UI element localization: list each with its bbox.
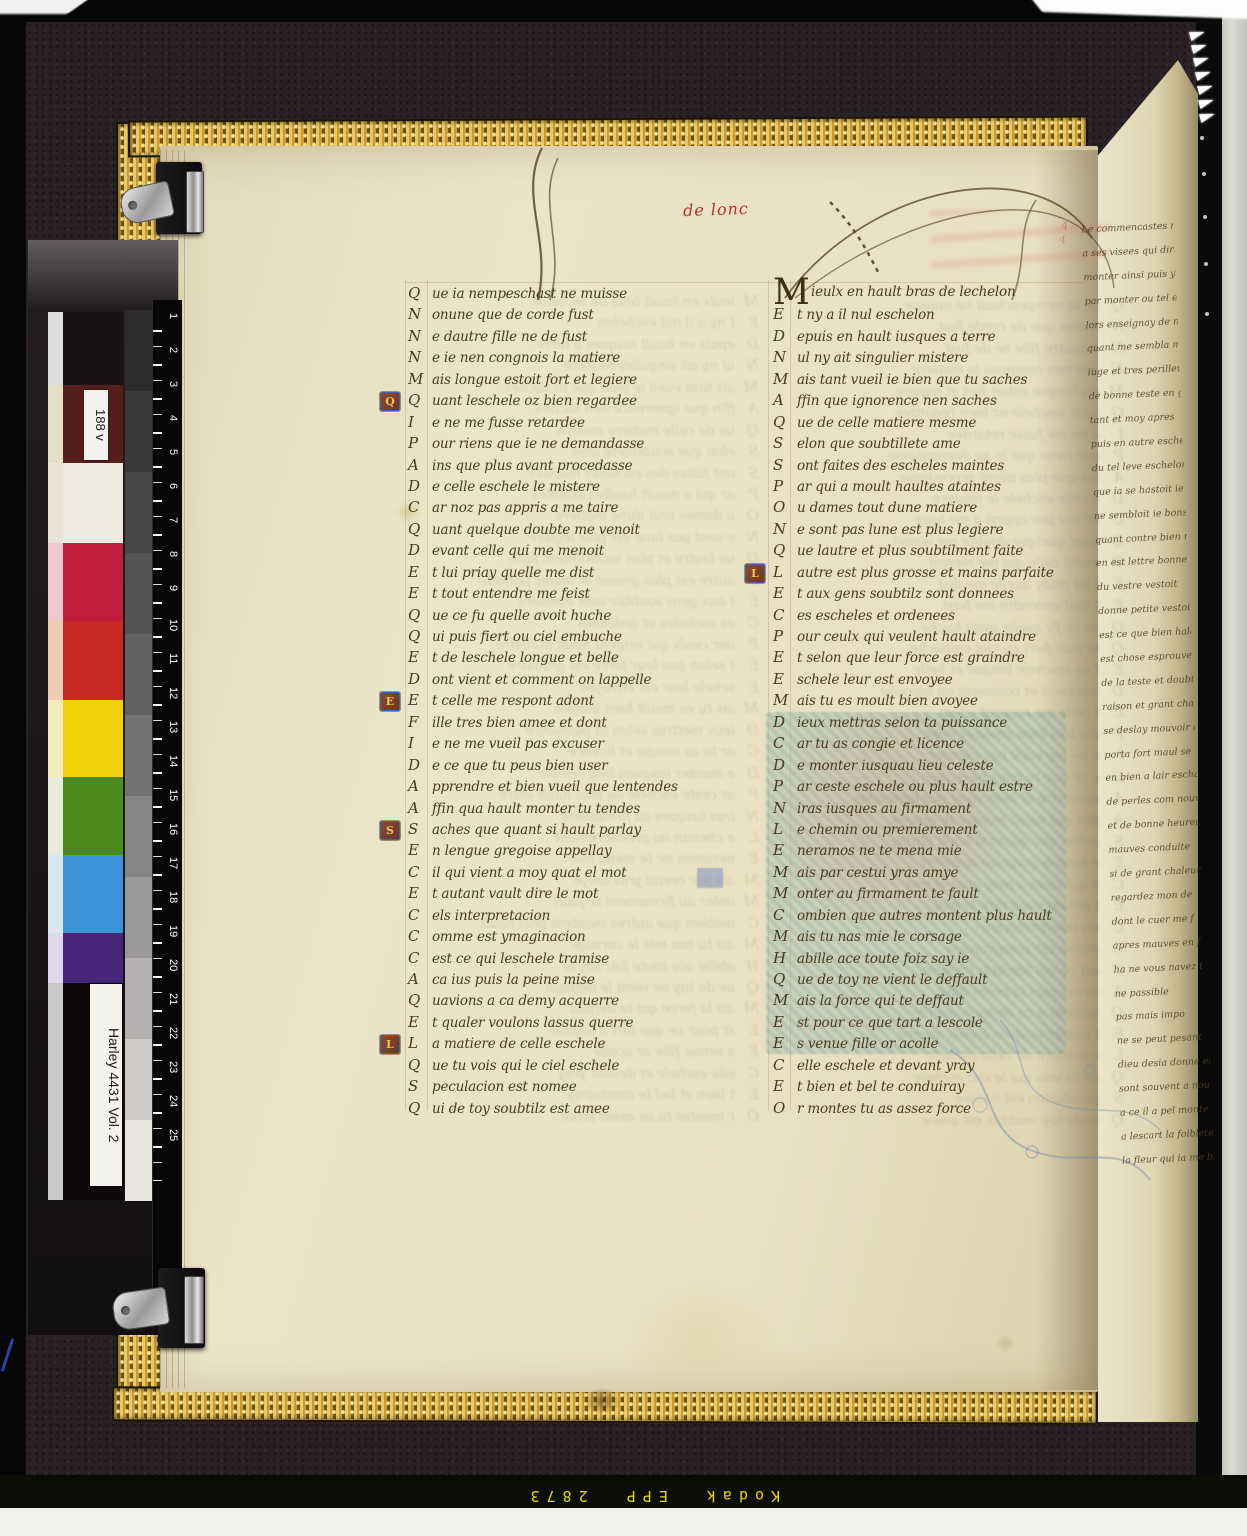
verse-line: EEt ny a il nul eschelon bbox=[773, 305, 1118, 326]
verse-text: t qualer voulons lassus querre bbox=[432, 1015, 633, 1031]
verse-initial: L bbox=[773, 563, 789, 581]
verse-line: DDevant celle qui me menoit bbox=[408, 541, 753, 562]
verse-text: neramos ne te mena mie bbox=[797, 843, 962, 859]
verse-line: DDepuis en hault iusques a terre bbox=[773, 327, 1118, 348]
verse-line: CCest ce qui leschele tramise bbox=[408, 949, 753, 970]
ruler-number: 19 bbox=[163, 925, 179, 959]
verse-text: ffin qua hault monter tu tendes bbox=[432, 801, 640, 817]
verse-line: EEn lengue gregoise appellay bbox=[408, 841, 753, 862]
verse-initial: N bbox=[773, 799, 789, 817]
verse-initial: Q bbox=[408, 1099, 424, 1117]
ruler-number: 7 bbox=[163, 517, 179, 551]
verse-initial: E bbox=[408, 841, 424, 859]
verse-initial: I bbox=[408, 413, 424, 431]
verse-initial: E bbox=[408, 691, 424, 709]
shelfmark-label: Harley 4431 Vol. 2 bbox=[90, 984, 122, 1186]
ruler-number: 18 bbox=[163, 891, 179, 925]
verse-line: LLa matiere de celle eschele bbox=[408, 1034, 753, 1055]
verse-initial: E bbox=[773, 648, 789, 666]
verse-line: OOr montes tu as assez force bbox=[773, 1099, 1118, 1120]
verse-initial: E bbox=[408, 648, 424, 666]
verse-text: e celle eschele le mistere bbox=[432, 479, 600, 495]
verse-initial: D bbox=[408, 477, 424, 495]
verse-initial: C bbox=[773, 606, 789, 624]
verse-text: ont vient et comment on lappelle bbox=[432, 672, 651, 688]
blue-pen-mark bbox=[1, 1338, 14, 1371]
verse-line: QQue lautre et plus soubtilment faite bbox=[773, 541, 1118, 562]
verse-initial: C bbox=[408, 906, 424, 924]
verse-text: r montes tu as assez force bbox=[797, 1101, 971, 1117]
verse-text: autre est plus grosse et mains parfaite bbox=[797, 565, 1054, 581]
verse-text: epuis en hault iusques a terre bbox=[797, 329, 995, 345]
verse-line: EEt de leschele longue et belle bbox=[408, 648, 753, 669]
verse-text: ar qui a moult haultes ataintes bbox=[797, 479, 1001, 495]
color-patch-chip bbox=[63, 621, 123, 700]
verse-text: e ie nen congnois la matiere bbox=[432, 350, 620, 366]
greyscale-step bbox=[125, 472, 152, 553]
verse-line: CCombien que autres montent plus hault bbox=[773, 906, 1118, 927]
verse-text: ue lautre et plus soubtilment faite bbox=[797, 543, 1023, 559]
verse-line: CComme est ymaginacion bbox=[408, 927, 753, 948]
verse-text: aches que quant si hault parlay bbox=[432, 822, 641, 838]
light-leak-top-left bbox=[0, 0, 99, 14]
running-title: de lonc bbox=[683, 199, 749, 220]
color-patch-chip bbox=[63, 777, 123, 855]
greyscale-step bbox=[125, 634, 152, 715]
verse-initial: A bbox=[408, 799, 424, 817]
verse-line: MMais tu es moult bien avoyee bbox=[773, 691, 1118, 712]
film-brand-text: Kodak EPP 2873 bbox=[420, 1479, 780, 1505]
text-column-a: QQue ia nempeschast ne muisse NNonune qu… bbox=[408, 284, 753, 1120]
color-patch-tint bbox=[48, 385, 63, 463]
color-patch-tint bbox=[48, 777, 63, 855]
verse-line: NNe sont pas lune est plus legiere bbox=[773, 520, 1118, 541]
verse-initial: S bbox=[773, 434, 789, 452]
verse-line: AAffin que ignorence nen saches bbox=[773, 391, 1118, 412]
verse-initial: L bbox=[773, 820, 789, 838]
verse-initial: Q bbox=[408, 284, 424, 302]
verse-text: est ce qui leschele tramise bbox=[432, 951, 609, 967]
color-patch-chip bbox=[63, 543, 123, 621]
verse-text: elle eschele et devant yray bbox=[797, 1058, 974, 1074]
verse-line: EEs venue fille or acolle bbox=[773, 1034, 1118, 1055]
verse-initial: C bbox=[773, 1056, 789, 1074]
verse-line: SSont faites des escheles maintes bbox=[773, 456, 1118, 477]
verse-initial: Q bbox=[408, 520, 424, 538]
verse-text: ins que plus avant procedasse bbox=[432, 458, 632, 474]
verse-line: CCil qui vient a moy quat el mot bbox=[408, 863, 753, 884]
verse-line: EEt lui priay quelle me dist bbox=[408, 563, 753, 584]
verse-line: DDe ce que tu peus bien user bbox=[408, 756, 753, 777]
color-patch-chip bbox=[63, 933, 123, 983]
ruler-number: 16 bbox=[163, 823, 179, 857]
verse-text: ais la force qui te deffaut bbox=[797, 993, 964, 1009]
color-patch bbox=[48, 312, 123, 385]
ruler-number: 14 bbox=[163, 755, 179, 789]
verse-initial: E bbox=[773, 584, 789, 602]
verse-text: e sont pas lune est plus legiere bbox=[797, 522, 1003, 538]
ruler-number: 11 bbox=[163, 653, 179, 687]
verse-initial: N bbox=[773, 348, 789, 366]
verse-line: DDe celle eschele le mistere bbox=[408, 477, 753, 498]
verse-line: NNul ny ait singulier mistere bbox=[773, 348, 1118, 369]
verse-initial: M bbox=[773, 927, 789, 945]
verse-text: ar tu as congie et licence bbox=[797, 736, 964, 752]
photograph-frame: Mieulx en hault bras de lechelon Et ny a… bbox=[0, 0, 1247, 1536]
verse-line: MMonter au firmament te fault bbox=[773, 884, 1118, 905]
verse-initial: M bbox=[773, 287, 803, 299]
greyscale-step bbox=[125, 553, 152, 634]
ruler-number: 21 bbox=[163, 993, 179, 1027]
verse-line: NNiras iusques au firmament bbox=[773, 799, 1118, 820]
verse-initial: C bbox=[408, 927, 424, 945]
verse-initial: C bbox=[408, 863, 424, 881]
verse-line: EEt qualer voulons lassus querre bbox=[408, 1013, 753, 1034]
ruler-number: 1 bbox=[163, 313, 179, 347]
verse-text: t lui priay quelle me dist bbox=[432, 565, 594, 581]
ruling-line bbox=[405, 280, 406, 1110]
verse-line: SSpeculacion est nomee bbox=[408, 1077, 753, 1098]
verse-text: t bien et bel te conduiray bbox=[797, 1079, 964, 1095]
verse-line: DDieux mettras selon ta puissance bbox=[773, 713, 1118, 734]
verse-line: AApprendre et bien vueil que lentendes bbox=[408, 777, 753, 798]
color-patch-chip bbox=[63, 700, 123, 777]
ruler-number: 24 bbox=[163, 1095, 179, 1129]
verse-initial: A bbox=[773, 391, 789, 409]
verse-initial: C bbox=[773, 906, 789, 924]
verse-initial: A bbox=[408, 456, 424, 474]
ruler-number: 8 bbox=[163, 551, 179, 585]
verse-text: a matiere de celle eschele bbox=[432, 1036, 605, 1052]
verse-initial: Q bbox=[408, 991, 424, 1009]
illuminated-initial: L bbox=[745, 564, 765, 583]
verse-initial: Q bbox=[408, 1056, 424, 1074]
verse-text: t aux gens soubtilz sont donnees bbox=[797, 586, 1014, 602]
ruler-number: 12 bbox=[163, 687, 179, 721]
color-patch bbox=[48, 463, 123, 543]
verse-line: EEt bien et bel te conduiray bbox=[773, 1077, 1118, 1098]
verse-initial: Q bbox=[773, 970, 789, 988]
ruler-number: 22 bbox=[163, 1027, 179, 1061]
color-patch-chip bbox=[63, 312, 123, 385]
verse-line: LLautre est plus grosse et mains parfait… bbox=[773, 563, 1118, 584]
ruler-number: 5 bbox=[163, 449, 179, 483]
verse-initial: M bbox=[773, 991, 789, 1009]
verse-line: QQuant leschele oz bien regardee bbox=[408, 391, 753, 412]
verse-text: ue de celle matiere mesme bbox=[797, 415, 976, 431]
verse-line: QQuant quelque doubte me venoit bbox=[408, 520, 753, 541]
greyscale-step bbox=[125, 958, 152, 1039]
verse-text: ais par cestui yras amye bbox=[797, 865, 958, 881]
color-patch-tint bbox=[48, 621, 63, 700]
verse-initial: E bbox=[773, 1013, 789, 1031]
verse-line: MMais la force qui te deffaut bbox=[773, 991, 1118, 1012]
verse-line: QQue ce fu quelle avoit huche bbox=[408, 606, 753, 627]
verse-text: t selon que leur force est graindre bbox=[797, 650, 1025, 666]
verse-line: NNe ie nen congnois la matiere bbox=[408, 348, 753, 369]
verse-text: ombien que autres montent plus hault bbox=[797, 908, 1052, 924]
verse-text: onune que de corde fust bbox=[432, 307, 594, 323]
folio-number-label: 188 v bbox=[84, 390, 108, 460]
verse-line: QQue de toy ne vient le deffault bbox=[773, 970, 1118, 991]
verse-initial: L bbox=[408, 1034, 424, 1052]
verse-line: QQue tu vois qui le ciel eschele bbox=[408, 1056, 753, 1077]
verse-initial: M bbox=[773, 884, 789, 902]
verse-initial: E bbox=[773, 1034, 789, 1052]
verse-initial: E bbox=[408, 584, 424, 602]
verse-text: t autant vault dire le mot bbox=[432, 886, 598, 902]
verse-initial: E bbox=[773, 841, 789, 859]
verse-text: ais tu es moult bien avoyee bbox=[797, 693, 978, 709]
verse-text: e ne me vueil pas excuser bbox=[432, 736, 604, 752]
verse-initial: S bbox=[408, 1077, 424, 1095]
greyscale-column bbox=[125, 310, 152, 1201]
color-patch-tint bbox=[48, 700, 63, 777]
verse-initial: N bbox=[408, 348, 424, 366]
verse-text: ieux mettras selon ta puissance bbox=[797, 715, 1007, 731]
verse-text: ont faites des escheles maintes bbox=[797, 458, 1004, 474]
verse-initial: E bbox=[773, 670, 789, 688]
illuminated-initial: Q bbox=[380, 392, 400, 411]
illuminated-initial: L bbox=[380, 1035, 400, 1054]
verse-text: evant celle qui me menoit bbox=[432, 543, 604, 559]
verse-line: MMieulx en hault bras de lechelon bbox=[773, 284, 1118, 305]
ruler-number: 23 bbox=[163, 1061, 179, 1095]
film-edge-right bbox=[1196, 0, 1222, 1536]
verse-text: t ny a il nul eschelon bbox=[797, 307, 935, 323]
verse-text: ais tant vueil ie bien que tu saches bbox=[797, 372, 1027, 388]
verse-line: QQuavions a ca demy acquerre bbox=[408, 991, 753, 1012]
verse-initial: I bbox=[408, 734, 424, 752]
verse-line: PPar qui a moult haultes ataintes bbox=[773, 477, 1118, 498]
verse-text: il qui vient a moy quat el mot bbox=[432, 865, 626, 881]
verse-text: st pour ce que tart a lescole bbox=[797, 1015, 983, 1031]
verse-initial: O bbox=[773, 1099, 789, 1117]
verse-initial: D bbox=[773, 756, 789, 774]
verse-text: ffin que ignorence nen saches bbox=[797, 393, 997, 409]
greyscale-step bbox=[125, 796, 152, 877]
verse-line: IIe ne me fusse retardee bbox=[408, 413, 753, 434]
verse-text: n lengue gregoise appellay bbox=[432, 843, 611, 859]
verse-initial: A bbox=[408, 777, 424, 795]
verse-initial: M bbox=[408, 370, 424, 388]
verse-initial: C bbox=[773, 734, 789, 752]
ruler-number: 4 bbox=[163, 415, 179, 449]
color-patch bbox=[48, 621, 123, 700]
verse-initial: E bbox=[408, 563, 424, 581]
verse-text: e ce que tu peus bien user bbox=[432, 758, 608, 774]
verse-text: e ne me fusse retardee bbox=[432, 415, 585, 431]
verse-text: ais longue estoit fort et legiere bbox=[432, 372, 637, 388]
verse-initial: E bbox=[773, 305, 789, 323]
verse-line: EEt aux gens soubtilz sont donnees bbox=[773, 584, 1118, 605]
verse-line: PPour ceulx qui veulent hault ataindre bbox=[773, 627, 1118, 648]
verse-line: EEt selon que leur force est graindre bbox=[773, 648, 1118, 669]
verse-line: HHabille ace toute foiz say ie bbox=[773, 949, 1118, 970]
verse-text: t de leschele longue et belle bbox=[432, 650, 619, 666]
color-patch-tint bbox=[48, 983, 63, 1200]
ruler-number: 6 bbox=[163, 483, 179, 517]
ruling-line bbox=[405, 282, 1085, 283]
verse-line: EEt autant vault dire le mot bbox=[408, 884, 753, 905]
verse-initial: O bbox=[773, 498, 789, 516]
greyscale-step bbox=[125, 715, 152, 796]
verse-line: NNe dautre fille ne de fust bbox=[408, 327, 753, 348]
illuminated-initial: E bbox=[380, 692, 400, 711]
ruler-number: 9 bbox=[163, 585, 179, 619]
verse-text: ue de toy ne vient le deffault bbox=[797, 972, 987, 988]
verse-text: ar noz pas appris a me taire bbox=[432, 500, 618, 516]
text-column-b: MMieulx en hault bras de lechelon EEt ny… bbox=[773, 284, 1118, 1120]
verse-text: e dautre fille ne de fust bbox=[432, 329, 587, 345]
verse-line: SSelon que soubtillete ame bbox=[773, 434, 1118, 455]
verse-initial: P bbox=[773, 627, 789, 645]
verse-text: ue tu vois qui le ciel eschele bbox=[432, 1058, 619, 1074]
verse-initial: D bbox=[773, 327, 789, 345]
verse-text: ais tu nas mie le corsage bbox=[797, 929, 962, 945]
color-patch-chip bbox=[63, 463, 123, 543]
color-patch-tint bbox=[48, 463, 63, 543]
greyscale-step bbox=[125, 310, 152, 391]
verse-initial: D bbox=[773, 713, 789, 731]
verse-text: ieulx en hault bras de lechelon bbox=[811, 284, 1015, 300]
verse-initial: E bbox=[773, 1077, 789, 1095]
verse-initial: Q bbox=[408, 606, 424, 624]
verse-line: CCar noz pas appris a me taire bbox=[408, 498, 753, 519]
ruler-number: 10 bbox=[163, 619, 179, 653]
verse-initial: D bbox=[408, 670, 424, 688]
verse-initial: N bbox=[773, 520, 789, 538]
ruler-number: 17 bbox=[163, 857, 179, 891]
verse-line: AAca ius puis la peine mise bbox=[408, 970, 753, 991]
verse-initial: M bbox=[773, 691, 789, 709]
ruler-ticks bbox=[153, 330, 162, 1181]
verse-initial: P bbox=[773, 777, 789, 795]
greyscale-step bbox=[125, 1120, 152, 1201]
verse-text: elon que soubtillete ame bbox=[797, 436, 961, 452]
color-patch bbox=[48, 933, 123, 983]
greyscale-step bbox=[125, 1039, 152, 1120]
verse-initial: Q bbox=[408, 391, 424, 409]
ruler: 1234567891011121314151617181920212223242… bbox=[152, 300, 182, 1300]
verse-text: pprendre et bien vueil que lentendes bbox=[432, 779, 678, 795]
verse-initial: M bbox=[773, 370, 789, 388]
verse-text: es escheles et ordenees bbox=[797, 608, 955, 624]
verse-line: CCels interpretacion bbox=[408, 906, 753, 927]
verse-line: QQui de toy soubtilz est amee bbox=[408, 1099, 753, 1120]
verse-line: MMais tu nas mie le corsage bbox=[773, 927, 1118, 948]
verse-line: EEschele leur est envoyee bbox=[773, 670, 1118, 691]
verse-line: PPour riens que ie ne demandasse bbox=[408, 434, 753, 455]
verse-initial: Q bbox=[773, 541, 789, 559]
verse-line: EEst pour ce que tart a lescole bbox=[773, 1013, 1118, 1034]
verse-text: ille tres bien amee et dont bbox=[432, 715, 607, 731]
verse-text: uavions a ca demy acquerre bbox=[432, 993, 619, 1009]
verse-line: CCes escheles et ordenees bbox=[773, 606, 1118, 627]
ruler-number: 20 bbox=[163, 959, 179, 993]
verse-line: QQui puis fiert ou ciel embuche bbox=[408, 627, 753, 648]
verse-line: DDe monter iusquau lieu celeste bbox=[773, 756, 1118, 777]
color-patch bbox=[48, 543, 123, 621]
verse-text: t celle me respont adont bbox=[432, 693, 594, 709]
ruler-number: 25 bbox=[163, 1129, 179, 1163]
verse-text: ue ce fu quelle avoit huche bbox=[432, 608, 611, 624]
verse-initial: D bbox=[408, 541, 424, 559]
verse-text: omme est ymaginacion bbox=[432, 929, 586, 945]
verse-line: EEt celle me respont adont bbox=[408, 691, 753, 712]
verse-initial: Q bbox=[408, 627, 424, 645]
verse-line: IIe ne me vueil pas excuser bbox=[408, 734, 753, 755]
verse-initial: C bbox=[408, 949, 424, 967]
ruler-number: 2 bbox=[163, 347, 179, 381]
verse-line: PPar ceste eschele ou plus hault estre bbox=[773, 777, 1118, 798]
verse-text: t tout entendre me feist bbox=[432, 586, 590, 602]
verse-initial: Q bbox=[773, 413, 789, 431]
facing-page-line: la fleur qui ia me ble bbox=[1122, 1151, 1215, 1179]
ruler-number: 3 bbox=[163, 381, 179, 415]
color-patch-tint bbox=[48, 855, 63, 933]
color-patch bbox=[48, 855, 123, 933]
verse-text: ca ius puis la peine mise bbox=[432, 972, 595, 988]
verse-line: MMais longue estoit fort et legiere bbox=[408, 370, 753, 391]
verse-text: uant quelque doubte me venoit bbox=[432, 522, 640, 538]
film-rebate-right bbox=[1222, 0, 1247, 1508]
verse-initial: F bbox=[408, 713, 424, 731]
verse-line: OOu dames tout dune matiere bbox=[773, 498, 1118, 519]
verse-line: LLe chemin ou premierement bbox=[773, 820, 1118, 841]
verse-line: FFille tres bien amee et dont bbox=[408, 713, 753, 734]
verse-text: our ceulx qui veulent hault ataindre bbox=[797, 629, 1036, 645]
verse-line: NNonune que de corde fust bbox=[408, 305, 753, 326]
ruler-numbers: 1234567891011121314151617181920212223242… bbox=[163, 313, 179, 1163]
color-patch bbox=[48, 777, 123, 855]
parchment-stain bbox=[620, 1280, 780, 1400]
color-patch bbox=[48, 700, 123, 777]
light-leak-top-right bbox=[1021, 0, 1247, 20]
verse-line: EEt tout entendre me feist bbox=[408, 584, 753, 605]
binding-stain bbox=[584, 1388, 620, 1414]
color-patch-tint bbox=[48, 933, 63, 983]
verse-text: iras iusques au firmament bbox=[797, 801, 971, 817]
verse-initial: H bbox=[773, 949, 789, 967]
greyscale-step bbox=[125, 877, 152, 958]
verse-line: QQue de celle matiere mesme bbox=[773, 413, 1118, 434]
verse-text: abille ace toute foiz say ie bbox=[797, 951, 969, 967]
verse-initial: E bbox=[408, 1013, 424, 1031]
parchment-stain bbox=[994, 1334, 1016, 1352]
verse-text: peculacion est nomee bbox=[432, 1079, 576, 1095]
verse-text: els interpretacion bbox=[432, 908, 550, 924]
verse-text: ui de toy soubtilz est amee bbox=[432, 1101, 610, 1117]
verse-text: ar ceste eschele ou plus hault estre bbox=[797, 779, 1033, 795]
ruler-number: 15 bbox=[163, 789, 179, 823]
verse-line: MMais tant vueil ie bien que tu saches bbox=[773, 370, 1118, 391]
verse-line: CCar tu as congie et licence bbox=[773, 734, 1118, 755]
verse-initial: E bbox=[408, 884, 424, 902]
verse-initial: N bbox=[408, 305, 424, 323]
verse-initial: S bbox=[408, 820, 424, 838]
ruler-number: 13 bbox=[163, 721, 179, 755]
color-patch-tint bbox=[48, 312, 63, 385]
verse-initial: C bbox=[408, 498, 424, 516]
verse-text: uant leschele oz bien regardee bbox=[432, 393, 637, 409]
photo-margin-bottom bbox=[0, 1508, 1247, 1536]
verse-text: schele leur est envoyee bbox=[797, 672, 953, 688]
verse-text: onter au firmament te fault bbox=[797, 886, 979, 902]
verse-initial: N bbox=[408, 327, 424, 345]
verse-line: AAffin qua hault monter tu tendes bbox=[408, 799, 753, 820]
verse-initial: S bbox=[773, 456, 789, 474]
